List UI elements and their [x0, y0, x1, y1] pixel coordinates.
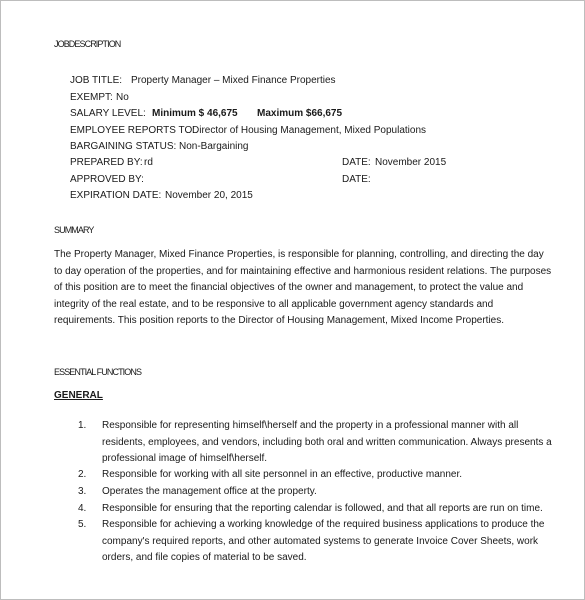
- list-item-number: 3.: [78, 484, 86, 501]
- list-item-number: 2.: [78, 467, 86, 484]
- list-item-line: residents, employees, and vendors, inclu…: [102, 435, 552, 452]
- list-item-line: Responsible for working with all site pe…: [102, 467, 462, 484]
- summary-line: requirements. This position reports to t…: [54, 313, 534, 330]
- document-heading: JOBDESCRIPTION: [54, 38, 120, 50]
- salary-label: SALARY LEVEL:: [70, 108, 146, 120]
- summary-line: of this position are to meet the financi…: [54, 280, 534, 297]
- list-item-line: professional image of himself\herself.: [102, 451, 552, 468]
- bargaining-status-label: BARGAINING STATUS:: [70, 141, 176, 153]
- approved-date-label: DATE:: [342, 174, 371, 186]
- list-item: Responsible for representing himself\her…: [102, 418, 552, 468]
- summary-line: integrity of the real estate, and to be …: [54, 297, 534, 314]
- list-item-line: Responsible for ensuring that the report…: [102, 501, 543, 518]
- list-item-line: Responsible for representing himself\her…: [102, 418, 552, 435]
- list-item-number: 4.: [78, 501, 86, 518]
- prepared-by-value: rd: [144, 157, 153, 169]
- summary-paragraph: The Property Manager, Mixed Finance Prop…: [54, 247, 534, 330]
- salary-minimum: Minimum $ 46,675: [152, 108, 238, 120]
- essential-functions-heading: ESSENTIAL FUNCTIONS: [54, 366, 141, 378]
- exempt-value: No: [116, 92, 129, 104]
- general-subheading: GENERAL: [54, 390, 103, 402]
- approved-by-label: APPROVED BY:: [70, 174, 144, 186]
- list-item-line: Responsible for achieving a working know…: [102, 517, 545, 534]
- expiration-date-label: EXPIRATION DATE:: [70, 190, 161, 202]
- list-item-line: Operates the management office at the pr…: [102, 484, 317, 501]
- salary-maximum: Maximum $66,675: [257, 108, 342, 120]
- list-item: Responsible for ensuring that the report…: [102, 501, 543, 518]
- job-title-label: JOB TITLE:: [70, 75, 122, 87]
- list-item-number: 1.: [78, 418, 86, 435]
- reports-to-value: Director of Housing Management, Mixed Po…: [192, 125, 426, 137]
- summary-heading: SUMMARY: [54, 224, 94, 236]
- list-item: Responsible for working with all site pe…: [102, 467, 462, 484]
- reports-to-label: EMPLOYEE REPORTS TO:: [70, 125, 195, 137]
- expiration-date-value: November 20, 2015: [165, 190, 253, 202]
- list-item-number: 5.: [78, 517, 86, 534]
- prepared-by-label: PREPARED BY:: [70, 157, 143, 169]
- exempt-label: EXEMPT:: [70, 92, 113, 104]
- list-item: Operates the management office at the pr…: [102, 484, 317, 501]
- list-item-line: orders, and file copies of material to b…: [102, 550, 545, 567]
- bargaining-status-value: Non-Bargaining: [179, 141, 249, 153]
- summary-line: The Property Manager, Mixed Finance Prop…: [54, 247, 534, 264]
- list-item-line: company's required reports, and other au…: [102, 534, 545, 551]
- prepared-date-value: November 2015: [375, 157, 446, 169]
- job-title-value: Property Manager – Mixed Finance Propert…: [131, 75, 336, 87]
- list-item: Responsible for achieving a working know…: [102, 517, 545, 567]
- summary-line: to day operation of the properties, and …: [54, 264, 534, 281]
- document-page: JOBDESCRIPTION JOB TITLE: Property Manag…: [0, 0, 585, 600]
- prepared-date-label: DATE:: [342, 157, 371, 169]
